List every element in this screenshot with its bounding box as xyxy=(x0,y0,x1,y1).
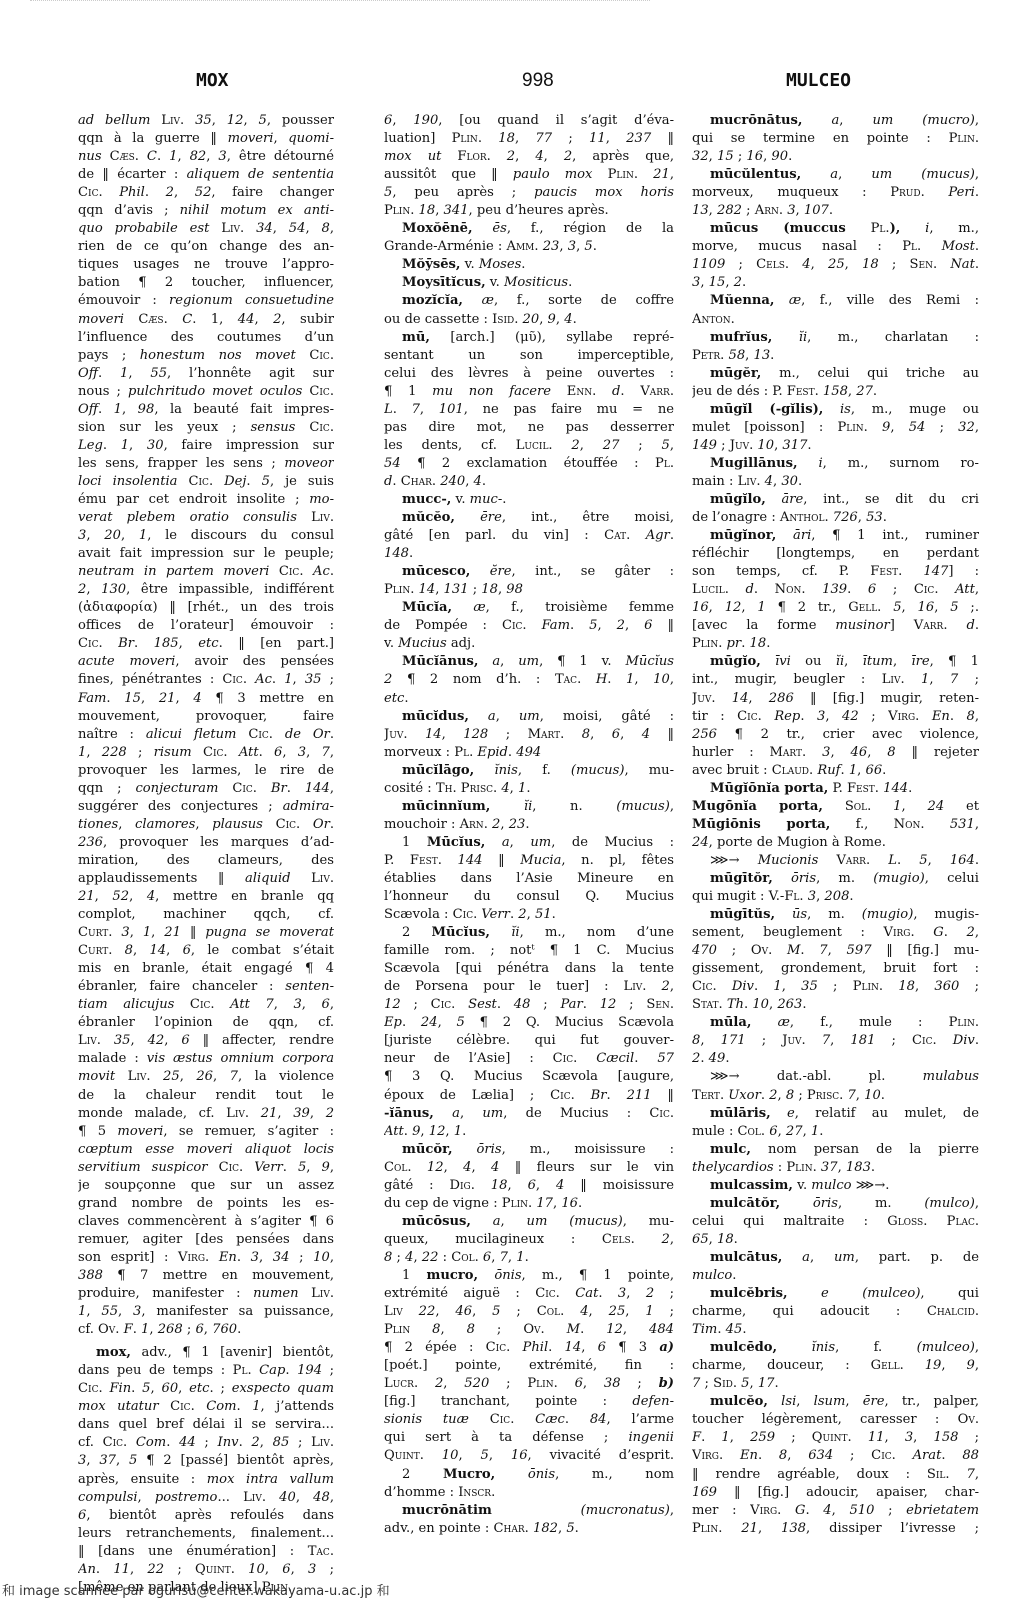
text-line: aussitôt que ‖ paulo mox Plin. 21, xyxy=(384,166,674,184)
text-line: fines, pénétrantes : Cic. Ac. 1, 35 ; xyxy=(78,671,334,689)
text-line: mūgĭnor, āri, ¶ 1 int., ruminer xyxy=(692,527,979,545)
text-line: ‖ [dans une énumération] : Tac. xyxy=(78,1543,334,1561)
text-line: applaudissements ‖ aliquid Liv. xyxy=(78,870,334,888)
text-line: mūgītŭs, ūs, m. (mugio), mugis- xyxy=(692,906,979,924)
text-line: ‖ rendre agréable, doux : Sil. 7, xyxy=(692,1466,979,1484)
text-line: 1 mucro, ōnis, m., ¶ 1 pointe, xyxy=(384,1267,674,1285)
text-line: mūcesco, ĕre, int., se gâter : xyxy=(384,563,674,581)
text-line: 236, provoquer les marques d’ad- xyxy=(78,834,334,852)
text-line: rien de ce qu’on change des an- xyxy=(78,238,334,256)
text-line: époux de Lælia] ; Cic. Br. 211 ‖ xyxy=(384,1087,674,1105)
text-line: Cic. Fin. 5, 60, etc. ; exspecto quam xyxy=(78,1380,334,1398)
text-line: qui se termine en pointe : Plin. xyxy=(692,130,979,148)
text-line: 2 Mucro, ōnis, m., nom xyxy=(384,1466,674,1484)
text-line: mūcŭlentus, a, um (mucus), xyxy=(692,166,979,184)
text-line: [poét.] pointe, extrémité, fin : xyxy=(384,1357,674,1375)
text-line: mūcĭlāgo, ĭnis, f. (mucus), mu- xyxy=(384,762,674,780)
text-line: leurs retranchements, finalement... xyxy=(78,1525,334,1543)
text-line: Mugillānus, i, m., surnom ro- xyxy=(692,455,979,473)
text-line: Off. 1, 55, l’honnête agit sur xyxy=(78,365,334,383)
text-line: dans peu de temps : Pl. Cap. 194 ; xyxy=(78,1362,334,1380)
text-line: mūgītŏr, ōris, m. (mugio), celui xyxy=(692,870,979,888)
text-line: cosité : Th. Prisc. 4, 1. xyxy=(384,780,674,798)
text-line: avait fait impression sur le peuple; xyxy=(78,545,334,563)
text-line: cf. Ov. F. 1, 268 ; 6, 760. xyxy=(78,1321,334,1339)
text-line: thelycardios : Plin. 37, 183. xyxy=(692,1159,979,1177)
text-line: Lucr. 2, 520 ; Plin. 6, 38 ; b) xyxy=(384,1375,674,1393)
text-line: Tert. Uxor. 2, 8 ; Prisc. 7, 10. xyxy=(692,1087,979,1105)
text-line: ⋙→ Mucionis Varr. L. 5, 164. xyxy=(692,852,979,870)
text-line: mucrōnātim (mucronatus), xyxy=(384,1502,674,1520)
text-line: ¶ 5 moveri, se remuer, s’agiter : xyxy=(78,1123,334,1141)
text-line: Grande-Arménie : Amm. 23, 3, 5. xyxy=(384,238,674,256)
text-line: qui sert à ta défense ; ingenii xyxy=(384,1429,674,1447)
text-line: avec bruit : Claud. Ruf. 1, 66. xyxy=(692,762,979,780)
text-line: 8 ; 4, 22 : Col. 6, 7, 1. xyxy=(384,1249,674,1267)
text-line: 2 Mūcĭus, ĭi, m., nom d’une xyxy=(384,924,674,942)
text-line: An. 11, 22 ; Quint. 10, 6, 3 ; xyxy=(78,1561,334,1579)
text-line: [fig.] tranchant, pointe : defen- xyxy=(384,1393,674,1411)
text-line: 2. 49. xyxy=(692,1050,979,1068)
text-line: ébranler l’opinion de qqn, cf. xyxy=(78,1014,334,1032)
text-line: 149 ; Juv. 10, 317. xyxy=(692,437,979,455)
text-line: naître : alicui fletum Cic. de Or. xyxy=(78,726,334,744)
text-line: sion sur les yeux ; sensus Cic. xyxy=(78,419,334,437)
text-line: qqn ; conjecturam Cic. Br. 144, xyxy=(78,780,334,798)
text-line: mulcassim, v. mulco ⋙→. xyxy=(692,1177,979,1195)
text-line: Petr. 58, 13. xyxy=(692,347,979,365)
text-line: Scævola [qui pénétra dans la tente xyxy=(384,960,674,978)
text-line: gâté : Dig. 18, 6, 4 ‖ moisissure xyxy=(384,1177,674,1195)
text-line: Plin. 18, 341, peu d’heures après. xyxy=(384,202,674,220)
text-line: mulet [poisson] : Plin. 9, 54 ; 32, xyxy=(692,419,979,437)
text-line: F. 1, 259 ; Quint. 11, 3, 158 ; xyxy=(692,1429,979,1447)
scan-edge-artifact xyxy=(30,0,650,5)
text-line: acute moveri, avoir des pensées xyxy=(78,653,334,671)
text-line: de ‖ écarter : aliquem de sententia xyxy=(78,166,334,184)
text-line: Mūcĭa, æ, f., troisième femme xyxy=(384,599,674,617)
text-line: Curt. 8, 14, 6, le combat s’était xyxy=(78,942,334,960)
running-head: MOX 998 MULCEO xyxy=(0,70,1024,100)
text-line: suggérer des conjectures ; admira- xyxy=(78,798,334,816)
text-line: 1, 55, 3, manifester sa puissance, xyxy=(78,1303,334,1321)
text-line: après, ensuite : mox intra vallum xyxy=(78,1471,334,1489)
text-line: miration, des clameurs, des xyxy=(78,852,334,870)
text-line: ¶ 3 Q. Mucius Scævola [augure, xyxy=(384,1068,674,1086)
text-line: loci insolentia Cic. Dej. 5, je suis xyxy=(78,473,334,491)
text-line: Juv. 14, 128 ; Mart. 8, 6, 4 ‖ xyxy=(384,726,674,744)
text-line: 8, 171 ; Juv. 7, 181 ; Cic. Div. xyxy=(692,1032,979,1050)
text-line: neur de l’Asie] : Cic. Cæcil. 57 xyxy=(384,1050,674,1068)
text-line: du cep de vigne : Plin. 17, 16. xyxy=(384,1195,674,1213)
text-line: mox, adv., ¶ 1 [avenir] bientôt, xyxy=(78,1344,334,1362)
text-line: Tim. 45. xyxy=(692,1321,979,1339)
text-line: d’homme : Inscr. xyxy=(384,1484,674,1502)
text-line: Moxŏēnē, ēs, f., région de la xyxy=(384,220,674,238)
text-line: Curt. 3, 1, 21 ‖ pugna se moverat xyxy=(78,924,334,942)
text-line: qqn d’avis ; nihil motum ex anti- xyxy=(78,202,334,220)
text-line: 3, 15, 2. xyxy=(692,274,979,292)
text-line: sionis tuæ Cic. Cæc. 84, l’arme xyxy=(384,1411,674,1429)
text-line: mū, [arch.] (μῦ), syllabe repré- xyxy=(384,329,674,347)
text-line: famille rom. ; notᵗ ¶ 1 C. Mucius xyxy=(384,942,674,960)
text-line: 54 ¶ 2 exclamation étouffée : Pl. xyxy=(384,455,674,473)
text-line: 1109 ; Cels. 4, 25, 18 ; Sen. Nat. xyxy=(692,256,979,274)
text-line: P. Fest. 144 ‖ Mucia, n. pl, fêtes xyxy=(384,852,674,870)
text-line: Mŭenna, æ, f., ville des Remi : xyxy=(692,292,979,310)
text-line: 148. xyxy=(384,545,674,563)
text-line: etc. xyxy=(384,690,674,708)
text-line: les sens, frapper les sens ; moveor xyxy=(78,455,334,473)
text-line: l’influence des coutumes d’un xyxy=(78,329,334,347)
text-line: l’honneur du consul Q. Mucius xyxy=(384,888,674,906)
text-line: (ἀδιαφορία) ‖ [rhét., un des trois xyxy=(78,599,334,617)
text-line: mox ut Flor. 2, 4, 2, après que, xyxy=(384,148,674,166)
column-right: mucrōnātus, a, um (mucro),qui se termine… xyxy=(692,112,979,1538)
text-line: mūgĭl (-gĭlis), is, m., muge ou xyxy=(692,401,979,419)
text-line: mulcātus, a, um, part. p. de xyxy=(692,1249,979,1267)
text-line: mucrōnātus, a, um (mucro), xyxy=(692,112,979,130)
text-line: tir : Cic. Rep. 3, 42 ; Virg. En. 8, xyxy=(692,708,979,726)
text-line: 65, 18. xyxy=(692,1231,979,1249)
text-line: de Porsena pour le tuer] : Liv. 2, xyxy=(384,978,674,996)
text-line: Plin. pr. 18. xyxy=(692,635,979,653)
text-line: ou de cassette : Isid. 20, 9, 4. xyxy=(384,311,674,329)
text-line: mulco. xyxy=(692,1267,979,1285)
text-line: Mugōnĭa porta, Sol. 1, 24 et xyxy=(692,798,979,816)
text-line: jeu de dés : P. Fest. 158, 27. xyxy=(692,383,979,401)
text-line: -ĭānus, a, um, de Mucius : Cic. xyxy=(384,1105,674,1123)
text-line: mūlāris, e, relatif au mulet, de xyxy=(692,1105,979,1123)
text-line: mūcĭdus, a, um, moisi, gâté : xyxy=(384,708,674,726)
text-line: Juv. 14, 286 ‖ [fig.] mugir, reten- xyxy=(692,690,979,708)
text-line: produire, manifester : numen Liv. xyxy=(78,1285,334,1303)
text-line: Mūgĭōnĭa porta, P. Fest. 144. xyxy=(692,780,979,798)
page-number: 998 xyxy=(522,70,554,92)
text-line: 32, 15 ; 16, 90. xyxy=(692,148,979,166)
text-line: luation] Plin. 18, 77 ; 11, 237 ‖ xyxy=(384,130,674,148)
text-line: celui qui maltraite : Gloss. Plac. xyxy=(692,1213,979,1231)
text-line: 256 ¶ 2 tr., crier avec violence, xyxy=(692,726,979,744)
text-line: nus Cæs. C. 1, 82, 3, être détourné xyxy=(78,148,334,166)
text-line: Att. 9, 12, 1. xyxy=(384,1123,674,1141)
text-line: Lucil. d. Non. 139. 6 ; Cic. Att, xyxy=(692,581,979,599)
text-line: cœptum esse moveri aliquot locis xyxy=(78,1141,334,1159)
text-line: 16, 12, 1 ¶ 2 tr., Gell. 5, 16, 5 ;. xyxy=(692,599,979,617)
text-line: mūcōsus, a, um (mucus), mu- xyxy=(384,1213,674,1231)
text-line: établies dans l’Asie Mineure en xyxy=(384,870,674,888)
text-line: son esprit] : Virg. En. 3, 34 ; 10, xyxy=(78,1249,334,1267)
text-line: je soupçonne que sur un assez xyxy=(78,1177,334,1195)
text-line: Cic. Br. 185, etc. ‖ [en part.] xyxy=(78,635,334,653)
text-line: mulcātŏr, ōris, m. (mulco), xyxy=(692,1195,979,1213)
text-line: mer : Virg. G. 4, 510 ; ebrietatem xyxy=(692,1502,979,1520)
text-line: remuer, agiter [des pensées dans xyxy=(78,1231,334,1249)
text-line: Off. 1, 98, la beauté fait impres- xyxy=(78,401,334,419)
text-line: main : Liv. 4, 30. xyxy=(692,473,979,491)
text-line: Quint. 10, 5, 16, vivacité d’esprit. xyxy=(384,1447,674,1465)
text-line: mulcĕo, lsi, lsum, ēre, tr., palper, xyxy=(692,1393,979,1411)
text-line: 7 ; Sid. 5, 17. xyxy=(692,1375,979,1393)
text-line: int., mugir, beugler : Liv. 1, 7 ; xyxy=(692,671,979,689)
text-line: mucc-, v. muc-. xyxy=(384,491,674,509)
text-line: mule : Col. 6, 27, 1. xyxy=(692,1123,979,1141)
text-line: Mūgiōnis porta, f., Non. 531, xyxy=(692,816,979,834)
text-line: Plin. 14, 131 ; 18, 98 xyxy=(384,581,674,599)
text-line: 6, 190, [ou quand il s’agit d’éva- xyxy=(384,112,674,130)
text-line: mis en branle, était engagé ¶ 4 xyxy=(78,960,334,978)
text-line: Cic. Div. 1, 35 ; Plin. 18, 360 ; xyxy=(692,978,979,996)
text-line: 169 ‖ [fig.] adoucir, apaiser, char- xyxy=(692,1484,979,1502)
text-line: sentant un son imperceptible, xyxy=(384,347,674,365)
text-line: qui mugit : V.-Fl. 3, 208. xyxy=(692,888,979,906)
text-line: Anton. xyxy=(692,311,979,329)
text-line: mox utatur Cic. Com. 1, j’attends xyxy=(78,1398,334,1416)
text-line: nous ; pulchritudo movet oculos Cic. xyxy=(78,383,334,401)
text-line: Fam. 15, 21, 4 ¶ 3 mettre en xyxy=(78,690,334,708)
text-line: morve, mucus nasal : Pl. Most. xyxy=(692,238,979,256)
text-line: charme, qui adoucit : Chalcid. xyxy=(692,1303,979,1321)
text-line: mulc, nom persan de la pierre xyxy=(692,1141,979,1159)
text-line: claves commencèrent à s’agiter ¶ 6 xyxy=(78,1213,334,1231)
text-line: hurler : Mart. 3, 46, 8 ‖ rejeter xyxy=(692,744,979,762)
text-line: Virg. En. 8, 634 ; Cic. Arat. 88 xyxy=(692,1447,979,1465)
text-line: gâté [en parl. du vin] : Cat. Agr. xyxy=(384,527,674,545)
text-line: bation ¶ 2 toucher, influencer, xyxy=(78,274,334,292)
text-line: adv., en pointe : Char. 182, 5. xyxy=(384,1520,674,1538)
column-left: ad bellum Liv. 35, 12, 5, pousserqqn à l… xyxy=(78,112,334,1597)
text-line: émouvoir : regionum consuetudine xyxy=(78,292,334,310)
text-line: Plin. 21, 138, dissiper l’ivresse ; xyxy=(692,1520,979,1538)
text-line: mūgĕr, m., celui qui triche au xyxy=(692,365,979,383)
text-line: cf. Cic. Com. 44 ; Inv. 2, 85 ; Liv. xyxy=(78,1434,334,1452)
text-line: ad bellum Liv. 35, 12, 5, pousser xyxy=(78,112,334,130)
text-line: malade : vis æstus omnium corpora xyxy=(78,1050,334,1068)
text-line: de Pompée : Cic. Fam. 5, 2, 6 ‖ xyxy=(384,617,674,635)
text-line: compulsi, postremo... Liv. 40, 48, xyxy=(78,1489,334,1507)
text-line: sement, beuglement : Virg. G. 2, xyxy=(692,924,979,942)
text-line: celui des lèvres à peine ouvertes : xyxy=(384,365,674,383)
text-line: mufrĭus, ĭi, m., charlatan : xyxy=(692,329,979,347)
text-line: 1 Mūcĭus, a, um, de Mucius : xyxy=(384,834,674,852)
text-line: [avec la forme musinor] Varr. d. xyxy=(692,617,979,635)
text-line: Liv 22, 46, 5 ; Col. 4, 25, 1 ; xyxy=(384,1303,674,1321)
text-line: ébranler, faire chanceler : senten- xyxy=(78,978,334,996)
text-line: quo probabile est Liv. 34, 54, 8, xyxy=(78,220,334,238)
text-line: monde malade, cf. Liv. 21, 39, 2 xyxy=(78,1105,334,1123)
text-line: 6, bientôt après refoulés dans xyxy=(78,1507,334,1525)
text-line: Mŏȳsēs, v. Moses. xyxy=(384,256,674,274)
text-line: mūcŏr, ōris, m., moisissure : xyxy=(384,1141,674,1159)
text-line: ¶ 2 épée : Cic. Phil. 14, 6 ¶ 3 a) xyxy=(384,1339,674,1357)
text-line: mulcĕbris, e (mulceo), qui xyxy=(692,1285,979,1303)
text-line: ¶ 1 mu non facere Enn. d. Varr. xyxy=(384,383,674,401)
text-line: mouchoir : Arn. 2, 23. xyxy=(384,816,674,834)
text-line: morveux : Pl. Epid. 494 xyxy=(384,744,674,762)
text-line: ⋙→ dat.-abl. pl. mulabus xyxy=(692,1068,979,1086)
text-line: verat plebem oratio consulis Liv. xyxy=(78,509,334,527)
text-line: réfléchir [longtemps, en perdant xyxy=(692,545,979,563)
text-line: qqn à la guerre ‖ moveri, quomi- xyxy=(78,130,334,148)
text-line: mūcus (muccus Pl.), i, m., xyxy=(692,220,979,238)
text-line: mouvement, provoquer, faire xyxy=(78,708,334,726)
text-line: Moysītĭcus, v. Mositicus. xyxy=(384,274,674,292)
text-line: mulcēdo, ĭnis, f. (mulceo), xyxy=(692,1339,979,1357)
text-line: 2, 130, être impassible, indifférent xyxy=(78,581,334,599)
header-last-entry: MULCEO xyxy=(786,70,851,91)
text-line: Cic. Phil. 2, 52, faire changer xyxy=(78,184,334,202)
text-line: extrémité aiguë : Cic. Cat. 3, 2 ; xyxy=(384,1285,674,1303)
text-line: Ep. 24, 5 ¶ 2 Q. Mucius Scævola xyxy=(384,1014,674,1032)
text-line: son temps, cf. P. Fest. 147] : xyxy=(692,563,979,581)
column-middle: 6, 190, [ou quand il s’agit d’éva-luatio… xyxy=(384,112,674,1538)
text-line: Plin 8, 8 ; Ov. M. 12, 484 xyxy=(384,1321,674,1339)
text-line: servitium suspicor Cic. Verr. 5, 9, xyxy=(78,1159,334,1177)
text-line: v. Mucius adj. xyxy=(384,635,674,653)
text-line: 13, 282 ; Arn. 3, 107. xyxy=(692,202,979,220)
text-line: 3, 20, 1, le discours du consul xyxy=(78,527,334,545)
text-line: complot, machiner qqch, cf. xyxy=(78,906,334,924)
text-line: toucher légèrement, caresser : Ov. xyxy=(692,1411,979,1429)
text-line: charme, douceur, : Gell. 19, 9, xyxy=(692,1357,979,1375)
text-line: 388 ¶ 7 mettre en mouvement, xyxy=(78,1267,334,1285)
text-line: 1, 228 ; risum Cic. Att. 6, 3, 7, xyxy=(78,744,334,762)
text-line: tiam alicujus Cic. Att 7, 3, 6, xyxy=(78,996,334,1014)
scan-credit: 和 image scannée par ogurisu@center.wakay… xyxy=(2,1580,390,1599)
text-line: 470 ; Ov. M. 7, 597 ‖ [fig.] mu- xyxy=(692,942,979,960)
text-line: 24, porte de Mugion à Rome. xyxy=(692,834,979,852)
text-line: pays ; honestum nos movet Cic. xyxy=(78,347,334,365)
text-line: movit Liv. 25, 26, 7, la violence xyxy=(78,1068,334,1086)
text-line: moveri Cæs. C. 1, 44, 2, subir xyxy=(78,311,334,329)
text-line: d. Char. 240, 4. xyxy=(384,473,674,491)
text-line: Leg. 1, 30, faire impression sur xyxy=(78,437,334,455)
text-line: mūcinnĭum, ĭi, n. (mucus), xyxy=(384,798,674,816)
header-first-entry: MOX xyxy=(196,70,229,91)
text-line: de la chaleur rendit tout le xyxy=(78,1087,334,1105)
text-line: tiques usages ne trouve l’appro- xyxy=(78,256,334,274)
text-line: [juriste célèbre. qui fut gouver- xyxy=(384,1032,674,1050)
text-line: 12 ; Cic. Sest. 48 ; Par. 12 ; Sen. xyxy=(384,996,674,1014)
text-line: 5, peu après ; paucis mox horis xyxy=(384,184,674,202)
text-line: tiones, clamores, plausus Cic. Or. xyxy=(78,816,334,834)
text-line: neutram in partem moveri Cic. Ac. xyxy=(78,563,334,581)
text-line: grand nombre de points les es- xyxy=(78,1195,334,1213)
text-line: de l’onagre : Anthol. 726, 53. xyxy=(692,509,979,527)
text-line: L. 7, 101, ne pas faire mu = ne xyxy=(384,401,674,419)
text-line: provoquer les larmes, le rire de xyxy=(78,762,334,780)
text-line: ému par cet endroit insolite ; mo- xyxy=(78,491,334,509)
text-line: mūgĭlo, āre, int., se dit du cri xyxy=(692,491,979,509)
text-line: Scævola : Cic. Verr. 2, 51. xyxy=(384,906,674,924)
text-line: dans quel bref délai il se servira... xyxy=(78,1416,334,1434)
text-line: Stat. Th. 10, 263. xyxy=(692,996,979,1014)
text-line: Col. 12, 4, 4 ‖ fleurs sur le vin xyxy=(384,1159,674,1177)
text-line: mūgĭo, īvi ou ĭi, ītum, īre, ¶ 1 xyxy=(692,653,979,671)
text-line: mŭcĕo, ēre, int., être moisi, xyxy=(384,509,674,527)
text-line: gissement, grondement, bruit fort : xyxy=(692,960,979,978)
text-line: 21, 52, 4, mettre en branle qq xyxy=(78,888,334,906)
text-line: morveux, muqueux : Prud. Peri. xyxy=(692,184,979,202)
text-line: mozĭcĭa, æ, f., sorte de coffre xyxy=(384,292,674,310)
text-line: 3, 37, 5 ¶ 2 [passé] bientôt après, xyxy=(78,1452,334,1470)
text-line: pas dire mot, ne pas desserrer xyxy=(384,419,674,437)
text-line: les dents, cf. Lucil. 2, 27 ; 5, xyxy=(384,437,674,455)
text-line: offices de l’orateur] émouvoir : xyxy=(78,617,334,635)
text-line: Liv. 35, 42, 6 ‖ affecter, rendre xyxy=(78,1032,334,1050)
text-line: 2 ¶ 2 nom d’h. : Tac. H. 1, 10, xyxy=(384,671,674,689)
text-line: queux, mucilagineux : Cels. 2, xyxy=(384,1231,674,1249)
text-line: Mūcĭānus, a, um, ¶ 1 v. Mūcĭus xyxy=(384,653,674,671)
text-line: mūla, æ, f., mule : Plin. xyxy=(692,1014,979,1032)
